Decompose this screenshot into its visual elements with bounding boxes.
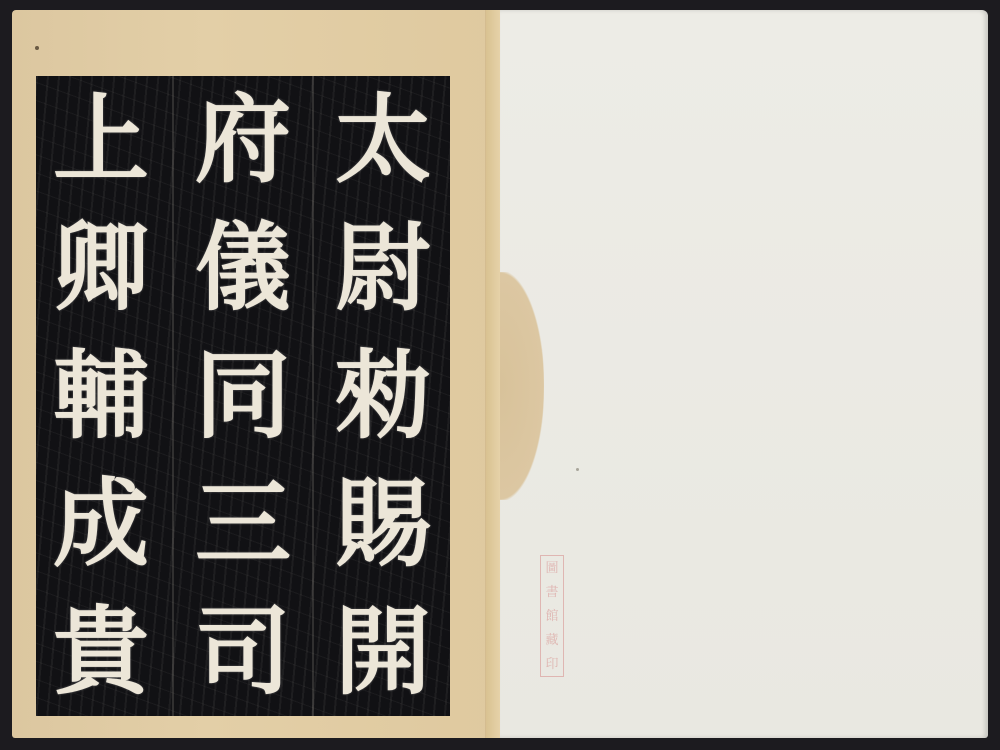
seal-char: 印 <box>545 658 558 671</box>
paper-spot <box>35 46 39 50</box>
paper-spot <box>576 468 579 471</box>
right-page: 圖 書 館 藏 印 <box>500 10 988 738</box>
glyph: 三 <box>195 476 291 572</box>
rubbing-seam <box>312 76 314 716</box>
calligraphy-column-right: 太 尉 勑 賜 開 <box>318 76 448 716</box>
stele-rubbing: 上 卿 輔 成 貴 府 儀 同 三 司 太 尉 勑 賜 開 <box>36 76 450 716</box>
glyph: 勑 <box>335 348 431 444</box>
seal-char: 藏 <box>545 634 558 647</box>
glyph: 府 <box>195 92 291 188</box>
calligraphy-column-left: 上 卿 輔 成 貴 <box>36 76 166 716</box>
rubbing-seam <box>172 76 174 716</box>
glyph: 卿 <box>53 220 149 316</box>
seal-char: 圖 <box>545 562 558 575</box>
glyph: 尉 <box>335 220 431 316</box>
collector-seal: 圖 書 館 藏 印 <box>540 555 564 677</box>
page-edge <box>486 10 500 738</box>
water-stain <box>500 272 544 500</box>
glyph: 賜 <box>335 476 431 572</box>
glyph: 司 <box>195 604 291 700</box>
glyph: 成 <box>53 476 149 572</box>
glyph: 同 <box>195 348 291 444</box>
seal-char: 書 <box>545 586 558 599</box>
glyph: 太 <box>335 92 431 188</box>
calligraphy-column-middle: 府 儀 同 三 司 <box>178 76 308 716</box>
glyph: 上 <box>53 92 149 188</box>
glyph: 開 <box>335 604 431 700</box>
glyph: 輔 <box>53 348 149 444</box>
seal-char: 館 <box>545 610 558 623</box>
glyph: 儀 <box>195 220 291 316</box>
glyph: 貴 <box>53 604 149 700</box>
